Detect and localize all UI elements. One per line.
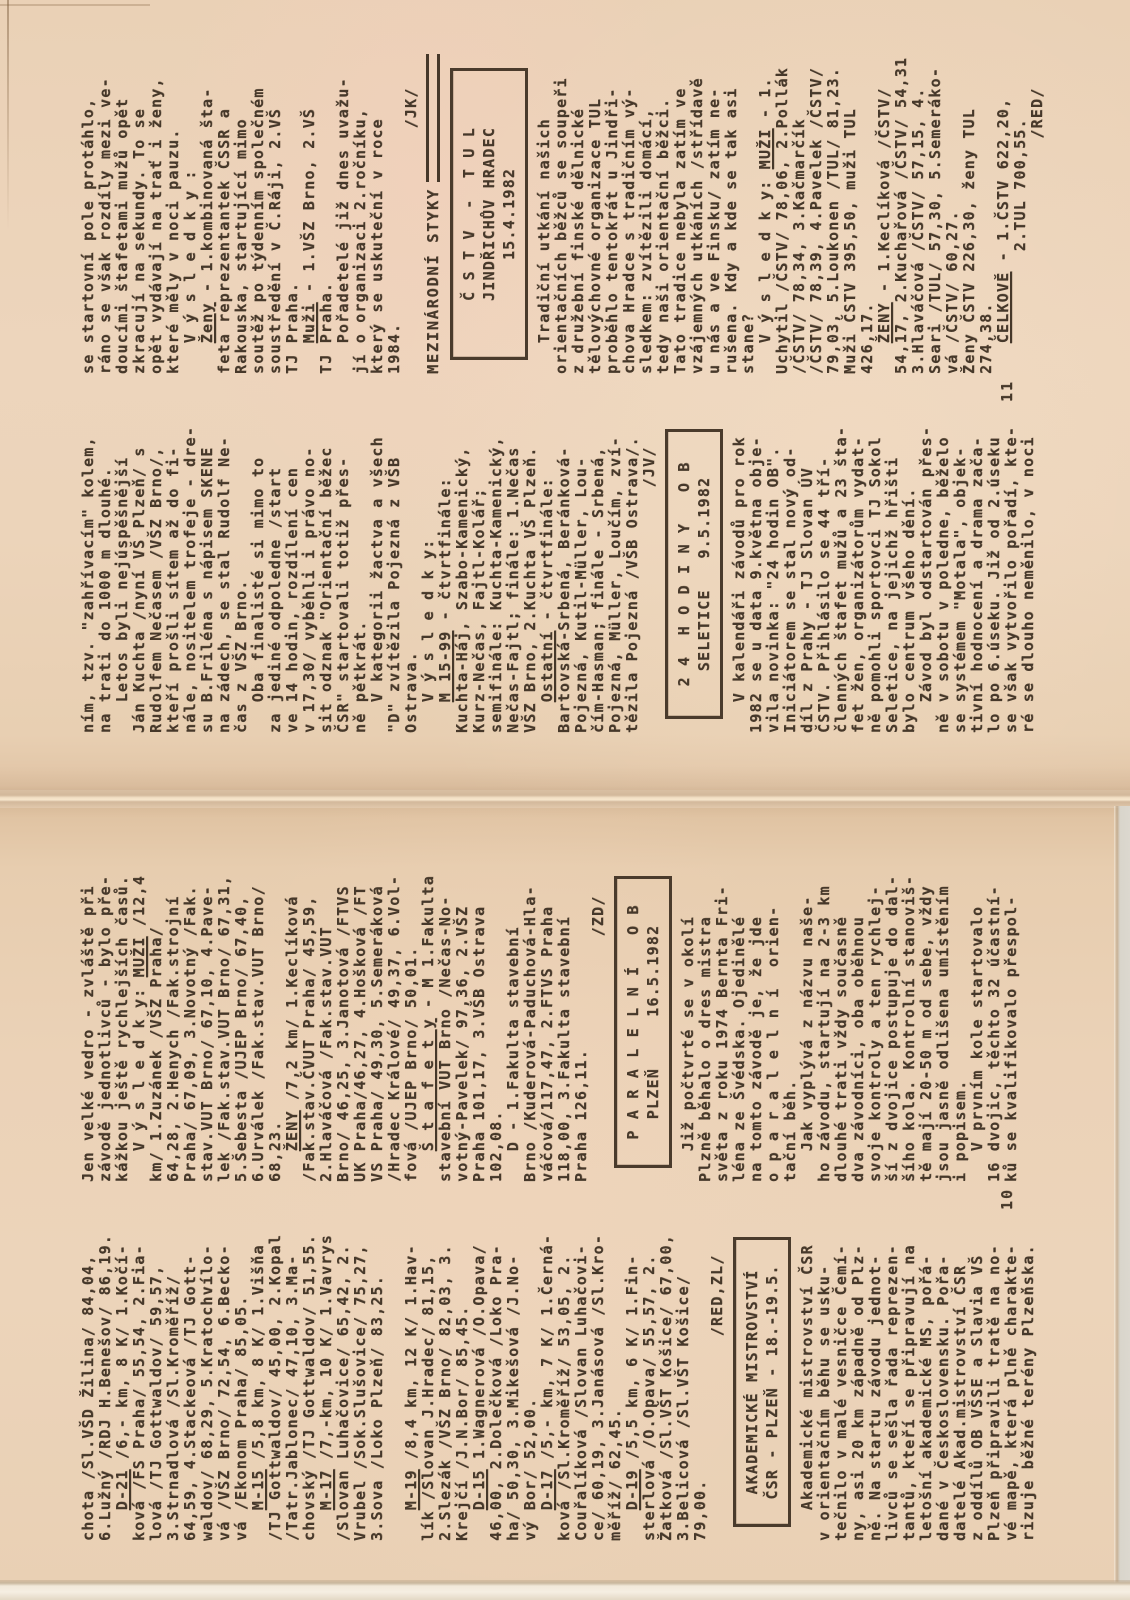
typewritten-line: lová /TJ Gottwaldov/ 59,57, <box>148 1223 165 1541</box>
page-number: 11 <box>998 380 1016 402</box>
typewritten-line: ŽENY - 1.Keclíková /ČSTV/ <box>876 54 893 374</box>
typewritten-line: Brno /Kuderová-Paduchová-Hla- <box>522 862 539 1182</box>
typewritten-line: Plzně běhalo o dres mistra <box>697 862 714 1182</box>
typewritten-line: Praha 101,17, 3.VŠB Ostrava <box>471 862 488 1182</box>
typewritten-line: ve 14 hodin, rozdílení cen <box>284 415 301 733</box>
typewritten-line: /RED/ <box>1029 54 1046 374</box>
paper-right-edge <box>1114 806 1130 1600</box>
article-paragraph: Tradiční utkání našichorientačních běžců… <box>536 54 1046 374</box>
paper-bottom-edge <box>0 1580 1130 1600</box>
typewritten-line: vzájemných utkáních /střídavě <box>689 54 706 374</box>
typewritten-line: M-19 /8,4 km, 12 K/ 1.Hav- <box>403 1223 420 1541</box>
typewritten-line: letošní akademické MS, pořá- <box>918 1223 935 1541</box>
typewritten-line: ha/ 50,30, 3.Mikešová /J.No- <box>505 1223 522 1541</box>
typewritten-line: fová /UJEP Brno/ 50,01. <box>403 862 420 1182</box>
typewritten-line: Ostatní - čtvrtfinále: <box>539 415 556 733</box>
typewritten-line: /ČSTV/ 78,39, 4.Pavelek /ČSTV/ <box>808 54 825 374</box>
page-11: 11 ním, tzv. "zahřívacím" kolem,na trati… <box>0 0 1130 790</box>
typewritten-line: ŽENY /7,2 km/ 1.Keclíková <box>284 862 301 1182</box>
typewritten-line: orientačních běžců se soupeři <box>553 54 570 374</box>
typewritten-line: SELETICE 9.5.1982 <box>694 434 714 714</box>
typewritten-line: V ý s l e d k y : <box>182 54 199 374</box>
typewritten-line: ší z dvojice postupuje do dal- <box>884 862 901 1182</box>
text-column: se startovní pole protáhlo,ráno se však … <box>80 54 1046 374</box>
typewritten-line: chovský /TJ Gottwaldov/ 51,55. <box>301 1223 318 1541</box>
typewritten-line: dva závodníci, oba oběhnou <box>850 862 867 1182</box>
typewritten-line: ny, asi 20 km západně od Plz- <box>850 1223 867 1541</box>
typewritten-line: Muži ČSTV 395,50, muži TUL <box>842 54 859 374</box>
typewritten-line: fet žen, organizátorům vydat- <box>850 415 867 733</box>
typewritten-line: km/ 1.Zuzánek /VŠZ Praha/ <box>148 862 165 1182</box>
typewritten-line: stane? <box>740 54 757 374</box>
typewritten-line: rušena. Kdy a kde se tak asi <box>723 54 740 374</box>
typewritten-line: ré se dlouho neměnilo, v noci <box>1020 415 1037 733</box>
typewritten-line: Jak vyplývá z názvu naše- <box>799 862 816 1182</box>
typewritten-line: 64,59, 4.Stackeová /TJ Gott- <box>182 1223 199 1541</box>
typewritten-line: se systémem "Motala", objek- <box>952 415 969 733</box>
typewritten-line: soutěž po týdenním společném <box>250 54 267 374</box>
article-paragraph: chota /Sl.VŠD Žilina/ 84,04,6.Lužný /RDJ… <box>80 1223 386 1541</box>
typewritten-line: D-17 /5,- km, 7 K/ 1.Černá- <box>539 1223 556 1541</box>
typewritten-line: v orientačním běhu se usku- <box>816 1223 833 1541</box>
typewritten-line: D-15 1.Wagnerová /O.Opava/ <box>471 1223 488 1541</box>
typewritten-line: dlouhé trati vždy současně <box>833 862 850 1182</box>
typewritten-line: sterlová /O.Opava/ 55,57, 2. <box>641 1223 658 1541</box>
typewritten-line: /JV/ <box>641 415 658 733</box>
typewritten-line: Seletice, na jejichž hřišti <box>884 415 901 733</box>
typewritten-line: M 15-99 - čtvrtfinále: <box>437 415 454 733</box>
typewritten-line: jí o organizaci 2.ročníku, <box>352 54 369 374</box>
typewritten-line: Akademické mistrovství ČSR <box>799 1223 816 1541</box>
typewritten-line: Rakouska, startující mimo <box>233 54 250 374</box>
typewritten-line: ČELKOVĚ - 1.ČSTV 622,20, <box>995 54 1012 374</box>
typewritten-line: 6.Urválek /Fak.stav.VUT Brno/ <box>250 862 267 1182</box>
typewritten-line: závodě jednotlivců - bylo pře- <box>97 862 114 1182</box>
typewritten-line: Couřalíková /Slovan Luhačovi- <box>573 1223 590 1541</box>
paper-top-edge <box>0 4 150 6</box>
text-column: ním, tzv. "zahřívacím" kolem,na trati do… <box>80 415 1037 733</box>
typewritten-line: Bartovská-Srbená, Beránková- <box>556 415 573 733</box>
typewritten-line: ČSTV. Přihlásilo se 44 tří- <box>816 415 833 733</box>
typewritten-line: 79,03, 5.Loukonen /TUL/ 81,23. <box>825 54 842 374</box>
article-paragraph: M-19 /8,4 km, 12 K/ 1.Hav-lík /Slovan J.… <box>403 1223 726 1541</box>
typewritten-line: za jediné odpoledne /start <box>267 415 284 733</box>
typewritten-line: šího kola. Kontrolní stanoviš- <box>901 862 918 1182</box>
typewritten-line: lek /Fak.stav.VUT Brno/ 67,31, <box>216 862 233 1182</box>
typewritten-line: Již počtvrté se v okolí <box>680 862 697 1182</box>
typewritten-line: /Slovan Luhačovice/ 65,42, 2. <box>335 1223 352 1541</box>
typewritten-line: V ý s l e d k y: MUŽI /12,4 <box>131 862 148 1182</box>
typewritten-line: nále, nositelem trofeje - dre- <box>182 415 199 733</box>
article-paragraph: ním, tzv. "zahřívacím" kolem,na trati do… <box>80 415 658 733</box>
typewritten-line: 274,38. <box>978 54 995 374</box>
typewritten-line: rizuje běžné terény Plzeňska. <box>1020 1223 1037 1541</box>
typewritten-line: D-19 /5,5 km, 6 K/ 1.Fin- <box>624 1223 641 1541</box>
typewritten-line: ČSR" startovali totiž přes- <box>335 415 352 733</box>
typewritten-line: 3.Sova /Loko Plzeň/ 83,25. <box>369 1223 386 1541</box>
typewritten-line: Pojezná, Kutil-Müller, Lou- <box>573 415 590 733</box>
typewritten-line: bylo centrum všeho dění. <box>901 415 918 733</box>
section-title-box: P A R A L E L N Í O BPLZEŇ 16.5.1982 <box>614 876 672 1168</box>
typewritten-line: 118,00, 3.Fakulta stavební <box>556 862 573 1182</box>
typewritten-line: vé mapě, která plně charakte- <box>1003 1223 1020 1541</box>
typewritten-line: TJ Praha. <box>318 54 335 374</box>
typewritten-line: ČSR - PLZEŇ - 18.-19.5. <box>762 1242 782 1522</box>
section-title-box: AKADEMICKÉ MISTROVSTVÍČSR - PLZEŇ - 18.-… <box>733 1237 791 1527</box>
typewritten-line: chota /Sl.VŠD Žilina/ 84,04, <box>80 1223 97 1541</box>
typewritten-line: TJ Praha. <box>284 54 301 374</box>
typewritten-line: tězila Pojezná /VŠB Ostrava/. <box>624 415 641 733</box>
typewritten-line: světa z roku 1974 Bernta Fri- <box>714 862 731 1182</box>
typewritten-line: Tradiční utkání našich <box>536 54 553 374</box>
typewritten-line: tivní hodnocení a drama zača- <box>969 415 986 733</box>
typewritten-line: M-17 /7,-km, 10 K/ 1.Vavrys <box>318 1223 335 1541</box>
typewritten-line: Praha/ 67,09, 3.Novotný /Fak. <box>182 862 199 1182</box>
section-header-label: MEZINÁRODNÍ STYKY <box>424 188 442 374</box>
typewritten-line: kteří prošli sítem až do fi- <box>165 415 182 733</box>
typewritten-line: Pojezná, Müller, Loučím, zví- <box>607 415 624 733</box>
typewritten-line: 2 4 H O D I N Y O B <box>674 434 694 714</box>
typewritten-line: jsou jasně odlišena umístěním <box>935 862 952 1182</box>
typewritten-line: /Fak.stav.ČVUT Praha/ 45,59, <box>301 862 318 1182</box>
typewritten-line: M-15 /5,8 km, 8 K/ 1.Višňa <box>250 1223 267 1541</box>
typewritten-line: votný-Pavelek/ 97,36, 2.VŠZ <box>454 862 471 1182</box>
typewritten-line: váčová/117,47, 2.FTVS Praha <box>539 862 556 1182</box>
article-paragraph: Akademické mistrovství ČSRv orientačním … <box>799 1223 1037 1541</box>
typewritten-line: Rudolfem Nečasem /VŠZ Brno/, <box>148 415 165 733</box>
typewritten-line: Kuchta-Háj, Szabo-Kamenický, <box>454 415 471 733</box>
typewritten-line: sit odznak "Orientační běžec <box>318 415 335 733</box>
typewritten-line: VS Praha/ 49,30, 5.Semeráková <box>369 862 386 1182</box>
typewritten-line: ně pomohli sportovci TJ Sokol <box>867 415 884 733</box>
typewritten-line: 3.Belicová /Sl.VŠT Košice/ <box>675 1223 692 1541</box>
typewritten-line: Krejčí /J.N.Bor/ 85,45. <box>454 1223 471 1541</box>
typewritten-line: lo po 6.úseku. Již od 2.úseku <box>986 415 1003 733</box>
typewritten-line: P A R A L E L N Í O B <box>623 881 643 1163</box>
typewritten-line: V kategorii žactva a všech <box>369 415 386 733</box>
text-column: chota /Sl.VŠD Žilina/ 84,04,6.Lužný /RDJ… <box>80 1223 1037 1541</box>
typewritten-line: ce/ 60,19, 3.Janásová /Sl.Kro- <box>590 1223 607 1541</box>
typewritten-line: datelé Akad.mistrovství ČSR <box>952 1223 969 1541</box>
typewritten-line: PLZEŇ 16.5.1982 <box>643 881 663 1163</box>
typewritten-line: u nás a ve Finsku/ zatím ne- <box>706 54 723 374</box>
typewritten-line: /ČSTV/ 78,34, 3.Kačmarčík <box>791 54 808 374</box>
typewritten-line: 5.Šebesta /UJEP Brno/ 67,40, <box>233 862 250 1182</box>
typewritten-line: lík /Slovan J.Hradec/ 81,15, <box>420 1223 437 1541</box>
typewritten-line: ráno se však rozdíly mezi ve- <box>97 54 114 374</box>
typewritten-line: v 17,30/ vyběhli i právo no- <box>301 415 318 733</box>
article-paragraph: V kalendáři závodů pro rok1982 se u data… <box>731 415 1037 733</box>
typewritten-line: Ženy - 1.kombinovaná šta- <box>199 54 216 374</box>
typewritten-line: se startovní pole protáhlo, <box>80 54 97 374</box>
typewritten-line: dané v Československu. Pořa- <box>935 1223 952 1541</box>
typewritten-line: ním, tzv. "zahřívacím" kolem, <box>80 415 97 733</box>
typewritten-line: 2.Slezák /VŠZ Brno/ 82,03, 3. <box>437 1223 454 1541</box>
typewritten-line: tační běh. <box>782 862 799 1182</box>
typewritten-line: 1982 se u data 9.května obje- <box>748 415 765 733</box>
typewritten-line: 64,28, 2.Henych /Fak.strojní <box>165 862 182 1182</box>
typewritten-line: na zádech, se stal Rudolf Ne- <box>216 415 233 733</box>
typewritten-line: 54,17, 2.Kuchařová /ČSTV/ 54,31 <box>893 54 910 374</box>
article-paragraph: Jen velké vedro - zvláště přizávodě jedn… <box>80 862 607 1182</box>
typewritten-line: Tato tradice nebyla zatím ve <box>672 54 689 374</box>
typewritten-line: VŠZ Brno, 2.Kuchta VŠ Plzeň. <box>522 415 539 733</box>
typewritten-line: 102,08. <box>488 862 505 1182</box>
typewritten-line: Brno/ 46,25, 3.Janotová /FTVS <box>335 862 352 1182</box>
double-rule <box>426 54 440 182</box>
typewritten-line: Č S T V - T U L <box>459 73 479 355</box>
typewritten-line: z oddílů OB VŠSE a Slavia VŠ <box>969 1223 986 1541</box>
typewritten-line: Uchytil /ČSTV/ 78,06, 2.Pollák <box>774 54 791 374</box>
typewritten-line: léna ze Švédska. Ojedinělé <box>731 862 748 1182</box>
typewritten-line: ně. Na startu závodu jednot- <box>867 1223 884 1541</box>
typewritten-line: na trati do 1000 m dlouhé. <box>97 415 114 733</box>
typewritten-line: Vrubel /Sok.Slušovice/ 75,27, <box>352 1223 369 1541</box>
typewritten-line: Plzeň připravili tratě na no- <box>986 1223 1003 1541</box>
typewritten-line: 2.TUL 700,55. <box>1012 54 1029 374</box>
section-title-box: Č S T V - T U LJINDŘICHŮV HRADEC15.4.198… <box>450 68 528 360</box>
typewritten-line: tečnilo v malé vesničce Čemí- <box>833 1223 850 1541</box>
article-paragraph: Již počtvrté se v okolíPlzně běhalo o dr… <box>680 862 1020 1182</box>
typewritten-line: stav.VUT Brno/ 67,10, 4.Pave- <box>199 862 216 1182</box>
blank-line <box>386 1223 403 1541</box>
typewritten-line: Letos byli nejúspěšnější <box>114 415 131 733</box>
typewritten-line: Závod byl odstartován přes- <box>918 415 935 733</box>
typewritten-line: Ján Kuchta /nyní VŠ Plzeň/ s <box>131 415 148 733</box>
typewritten-line: z družební finské dělnické <box>570 54 587 374</box>
typewritten-line: D - 1.Fakulta stavební <box>505 862 522 1182</box>
typewritten-line: Nečas-Fajtl; finále: 1.Nečas <box>505 415 522 733</box>
typewritten-line: se však vytvořilo pořadí, kte- <box>1003 415 1020 733</box>
typewritten-line: proběhlo tentokrát u Jindři- <box>604 54 621 374</box>
typewritten-line: zkracují na sekundy. To se <box>131 54 148 374</box>
scanned-bulletin-spread: 11 ním, tzv. "zahřívacím" kolem,na trati… <box>0 0 1130 1600</box>
typewritten-line: ně v sobotu v poledne, běželo <box>935 415 952 733</box>
typewritten-line: waldov/ 68,29, 5.Kratochvílo- <box>199 1223 216 1541</box>
typewritten-line: 46,00, 2.Dolečková /Loko Pra- <box>488 1223 505 1541</box>
text-column: Jen velké vedro - zvláště přizávodě jedn… <box>80 862 1020 1182</box>
typewritten-line: díl z Prahy - TJ Slovan ÚV <box>799 415 816 733</box>
typewritten-line: 16 dvojic, těchto 32 účastní- <box>986 862 1003 1182</box>
typewritten-line: Pořadetelé již dnes uvažu- <box>335 54 352 374</box>
typewritten-line: D-21 /6,- km, 8 K/ 1.Kočí- <box>114 1223 131 1541</box>
typewritten-line: 15.4.1982 <box>499 73 519 355</box>
typewritten-line: "D" zvítězila Pojezná z VŠB <box>386 415 403 733</box>
typewritten-line: chova Hradce s tradičním vý- <box>621 54 638 374</box>
typewritten-line: soustředění v Č.Ráji, 2.VŠ <box>267 54 284 374</box>
typewritten-line: /RED,ZL/ <box>709 1223 726 1541</box>
typewritten-line: svoje kontroly a ten rychlej- <box>867 862 884 1182</box>
paper-left-edge <box>7 0 9 230</box>
typewritten-line: Oba finalisté si mimo to <box>250 415 267 733</box>
typewritten-line: ně pětkrát. <box>352 415 369 733</box>
typewritten-line: 3.Hlaváčová /ČSTV/ 57,15, 4. <box>910 54 927 374</box>
typewritten-line: UK Praha/46,27, 4.Hošková /FT <box>352 862 369 1182</box>
typewritten-line: ho závodu, startují na 2-3 km <box>816 862 833 1182</box>
typewritten-line: Ostrava. <box>403 415 420 733</box>
typewritten-line: měříž/ 62,45. <box>607 1223 624 1541</box>
section-title-box: 2 4 H O D I N Y O BSELETICE 9.5.1982 <box>665 429 723 719</box>
typewritten-line: na tomto závodě je, že jde <box>748 862 765 1182</box>
typewritten-line: ková /FS Praha/ 55,54, 2.Fia- <box>131 1223 148 1541</box>
typewritten-line: stavební VUT Brno /Nečas-No- <box>437 862 454 1182</box>
typewritten-line: semifinále: Kuchta-Kamenický, <box>488 415 505 733</box>
typewritten-line: o p a r a l e l n í orien- <box>765 862 782 1182</box>
typewritten-line: V ý s l e d k y: MUŽI - 1. <box>757 54 774 374</box>
typewritten-line: Muži - 1.VŠZ Brno, 2.VŠ <box>301 54 318 374</box>
typewritten-line: /TJ Gottwaldov/ 45,00, 2.Kopal <box>267 1223 284 1541</box>
typewritten-line: Ženy ČSTV 226,30, ženy TUL <box>961 54 978 374</box>
typewritten-line: su B.Friléna s nápisem SKENE <box>199 415 216 733</box>
article-paragraph: se startovní pole protáhlo,ráno se však … <box>80 54 420 374</box>
typewritten-line: feta reprezentantek ČSSR a <box>216 54 233 374</box>
typewritten-line: ků se kvalifikovalo přespol- <box>1003 862 1020 1182</box>
typewritten-line: vý Bor/ 52,00. <box>522 1223 539 1541</box>
typewritten-line: 2.Hlaváčová /Fak.stav.VUT <box>318 862 335 1182</box>
typewritten-line: Š t a f e t y - M 1.Fakulta <box>420 862 437 1182</box>
typewritten-line: tě mají 20-50 m od sebe, vždy <box>918 862 935 1182</box>
typewritten-line: členných štafet mužů a 23 šta- <box>833 415 850 733</box>
typewritten-line: vila novinka: "24 hodin OB". <box>765 415 782 733</box>
typewritten-line: V prvním kole startovalo <box>969 862 986 1182</box>
typewritten-line: V kalendáři závodů pro rok <box>731 415 748 733</box>
typewritten-line: 6.Lužný /RDJ H.Benešov/ 86,19. <box>97 1223 114 1541</box>
typewritten-line: vá /Ekonom Praha/ 85,05. <box>233 1223 250 1541</box>
typewritten-line: Žatková /Sl.VŠT Košice/ 67,00, <box>658 1223 675 1541</box>
typewritten-line: tantů, kteří se připravují na <box>901 1223 918 1541</box>
typewritten-line: /ZD/ <box>590 862 607 1182</box>
typewritten-line: které měly v noci pauzu. <box>165 54 182 374</box>
page-10: 10 chota /Sl.VŠD Žilina/ 84,04,6.Lužný /… <box>0 808 1130 1598</box>
typewritten-line: který se uskuteční v roce <box>369 54 386 374</box>
typewritten-line: kážkou ještě rychlejších časů. <box>114 862 131 1182</box>
typewritten-line: sledkem: zvítězili domácí, <box>638 54 655 374</box>
typewritten-line: livců se sešla řada reprezen- <box>884 1223 901 1541</box>
typewritten-line: Jen velké vedro - zvláště při <box>80 862 97 1182</box>
typewritten-line: čím-Hasman; finále - Srbená, <box>590 415 607 733</box>
typewritten-line: tělovýchovné organizace TUL <box>587 54 604 374</box>
typewritten-line: Iniciátorem se stal nový od- <box>782 415 799 733</box>
typewritten-line: vá /ČSTV/ 60,27. <box>944 54 961 374</box>
typewritten-line: 68,23. <box>267 862 284 1182</box>
typewritten-line: vá /VŠZ Brno/ 72,54, 6.Becko- <box>216 1223 233 1541</box>
typewritten-line: JINDŘICHŮV HRADEC <box>479 73 499 355</box>
typewritten-line: ková /Sl.Kroměříž/ 53,05, 2. <box>556 1223 573 1541</box>
typewritten-line: Kurz-Nečas, Fajtl-Kolář; <box>471 415 488 733</box>
typewritten-line: AKADEMICKÉ MISTROVSTVÍ <box>742 1242 762 1522</box>
typewritten-line: 79,00. <box>692 1223 709 1541</box>
typewritten-line: 426,17. <box>859 54 876 374</box>
typewritten-line: /Hradec Králové/ 49,37, 6.Vol- <box>386 862 403 1182</box>
typewritten-line: Praha 126,11. <box>573 862 590 1182</box>
typewritten-line: opět vydávají na trať i ženy, <box>148 54 165 374</box>
typewritten-line: /Tatr.Jablonec/ 47,10, 3.Ma- <box>284 1223 301 1541</box>
typewritten-line: /JK/ <box>403 54 420 374</box>
typewritten-line: tedy naši orientační běžci. <box>655 54 672 374</box>
typewritten-line: V ý s l e d k y: <box>420 415 437 733</box>
typewritten-line: 1984. <box>386 54 403 374</box>
typewritten-line: i popisem. <box>952 862 969 1182</box>
page-number: 10 <box>998 1188 1016 1210</box>
typewritten-line: čas z VŠZ Brno. <box>233 415 250 733</box>
typewritten-line: Seari /TUL/ 57,30, 5.Semeráko- <box>927 54 944 374</box>
section-header: MEZINÁRODNÍ STYKY <box>422 54 443 374</box>
typewritten-line: doucími štafetami mužů opět <box>114 54 131 374</box>
typewritten-line: 3.Strnadlová /Sl.Kroměříž/ <box>165 1223 182 1541</box>
